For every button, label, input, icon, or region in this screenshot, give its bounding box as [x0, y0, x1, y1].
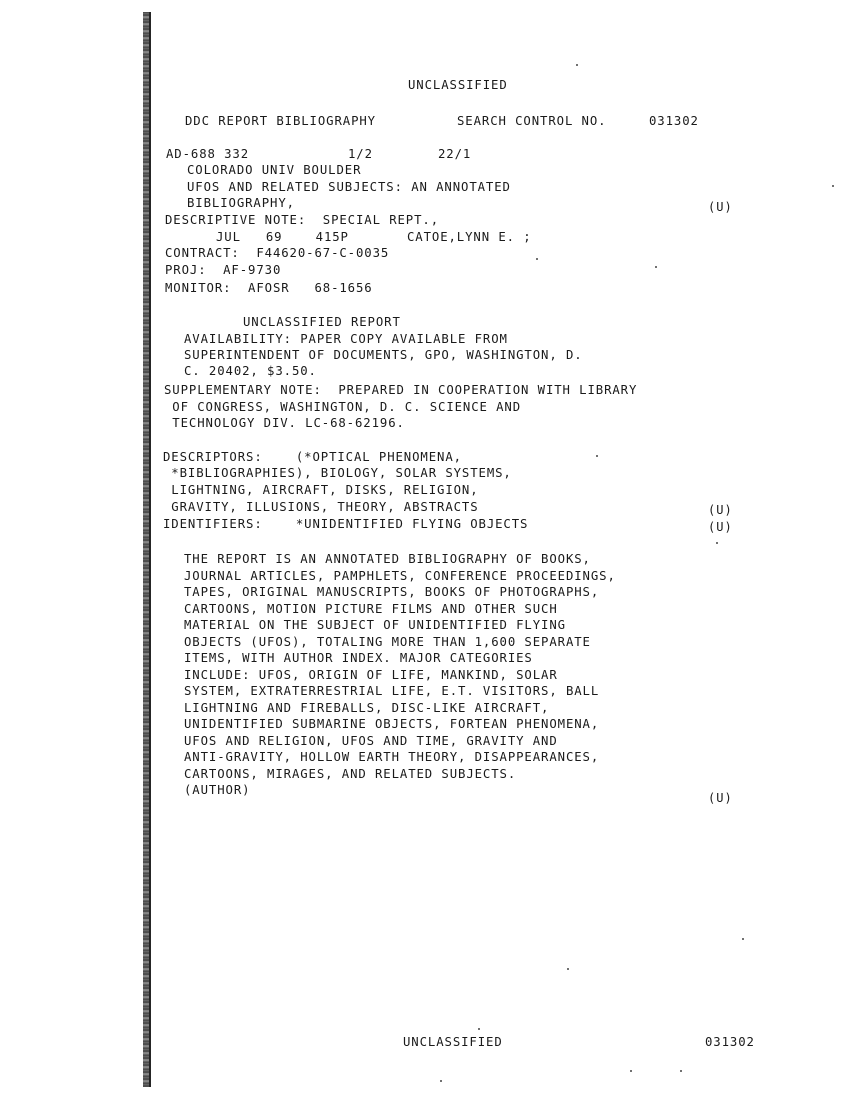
abstract-classification: (U) — [708, 791, 733, 805]
scan-speck — [440, 1080, 442, 1082]
scan-speck — [576, 64, 578, 66]
abstract-line: LIGHTNING AND FIREBALLS, DISC-LIKE AIRCR… — [184, 701, 549, 715]
contract: CONTRACT: F44620-67-C-0035 — [165, 246, 389, 260]
page-binding-edge — [143, 12, 151, 1087]
bibliography-title: DDC REPORT BIBLIOGRAPHY — [185, 114, 376, 128]
abstract-line: THE REPORT IS AN ANNOTATED BIBLIOGRAPHY … — [184, 552, 591, 566]
organization: COLORADO UNIV BOULDER — [187, 163, 361, 177]
abstract-line: MATERIAL ON THE SUBJECT OF UNIDENTIFIED … — [184, 618, 566, 632]
ad-number: AD-688 332 — [166, 147, 249, 161]
project: PROJ: AF-9730 — [165, 263, 281, 277]
search-control-number: 031302 — [649, 114, 699, 128]
availability-line: SUPERINTENDENT OF DOCUMENTS, GPO, WASHIN… — [184, 348, 583, 362]
abstract-line: OBJECTS (UFOS), TOTALING MORE THAN 1,600… — [184, 635, 591, 649]
footer-control-number: 031302 — [705, 1035, 755, 1049]
scan-speck — [630, 1070, 632, 1072]
abstract-line: ANTI-GRAVITY, HOLLOW EARTH THEORY, DISAP… — [184, 750, 599, 764]
header-classification: UNCLASSIFIED — [408, 78, 508, 92]
availability-line: AVAILABILITY: PAPER COPY AVAILABLE FROM — [184, 332, 508, 346]
report-classification: UNCLASSIFIED REPORT — [243, 315, 401, 329]
identifiers: IDENTIFIERS: *UNIDENTIFIED FLYING OBJECT… — [163, 517, 528, 531]
supplementary-line: OF CONGRESS, WASHINGTON, D. C. SCIENCE A… — [164, 400, 521, 414]
abstract-line: (AUTHOR) — [184, 783, 250, 797]
descriptors-line: *BIBLIOGRAPHIES), BIOLOGY, SOLAR SYSTEMS… — [163, 466, 512, 480]
footer-classification: UNCLASSIFIED — [403, 1035, 503, 1049]
descriptors-line: DESCRIPTORS: (*OPTICAL PHENOMENA, — [163, 450, 462, 464]
sequence: 1/2 — [348, 147, 373, 161]
scan-speck — [536, 258, 538, 260]
descriptors-line: GRAVITY, ILLUSIONS, THEORY, ABSTRACTS — [163, 500, 479, 514]
scan-speck — [832, 185, 834, 187]
date-pages-author: JUL 69 415P CATOE,LYNN E. ; — [216, 230, 532, 244]
scan-speck — [596, 455, 598, 457]
abstract-line: CARTOONS, MOTION PICTURE FILMS AND OTHER… — [184, 602, 558, 616]
scan-speck — [680, 1070, 682, 1072]
scan-speck — [655, 266, 657, 268]
abstract-line: UNIDENTIFIED SUBMARINE OBJECTS, FORTEAN … — [184, 717, 599, 731]
report-title-line-2: BIBLIOGRAPHY, — [187, 196, 295, 210]
abstract-line: ITEMS, WITH AUTHOR INDEX. MAJOR CATEGORI… — [184, 651, 533, 665]
abstract-line: TAPES, ORIGINAL MANUSCRIPTS, BOOKS OF PH… — [184, 585, 599, 599]
descriptors-line: LIGHTNING, AIRCRAFT, DISKS, RELIGION, — [163, 483, 479, 497]
search-control-label: SEARCH CONTROL NO. — [457, 114, 606, 128]
abstract-line: UFOS AND RELIGION, UFOS AND TIME, GRAVIT… — [184, 734, 558, 748]
descriptive-note: DESCRIPTIVE NOTE: SPECIAL REPT., — [165, 213, 439, 227]
scan-speck — [716, 542, 718, 544]
title-classification: (U) — [708, 200, 733, 214]
supplementary-line: SUPPLEMENTARY NOTE: PREPARED IN COOPERAT… — [164, 383, 637, 397]
abstract-line: JOURNAL ARTICLES, PAMPHLETS, CONFERENCE … — [184, 569, 616, 583]
identifiers-classification: (U) — [708, 520, 733, 534]
monitor: MONITOR: AFOSR 68-1656 — [165, 281, 373, 295]
scan-speck — [742, 938, 744, 940]
abstract-line: INCLUDE: UFOS, ORIGIN OF LIFE, MANKIND, … — [184, 668, 558, 682]
scan-speck — [567, 968, 569, 970]
report-title-line-1: UFOS AND RELATED SUBJECTS: AN ANNOTATED — [187, 180, 511, 194]
availability-line: C. 20402, $3.50. — [184, 364, 317, 378]
descriptors-classification: (U) — [708, 503, 733, 517]
supplementary-line: TECHNOLOGY DIV. LC-68-62196. — [164, 416, 405, 430]
abstract-line: SYSTEM, EXTRATERRESTRIAL LIFE, E.T. VISI… — [184, 684, 599, 698]
field-group: 22/1 — [438, 147, 471, 161]
scan-speck — [478, 1028, 480, 1030]
abstract-line: CARTOONS, MIRAGES, AND RELATED SUBJECTS. — [184, 767, 516, 781]
